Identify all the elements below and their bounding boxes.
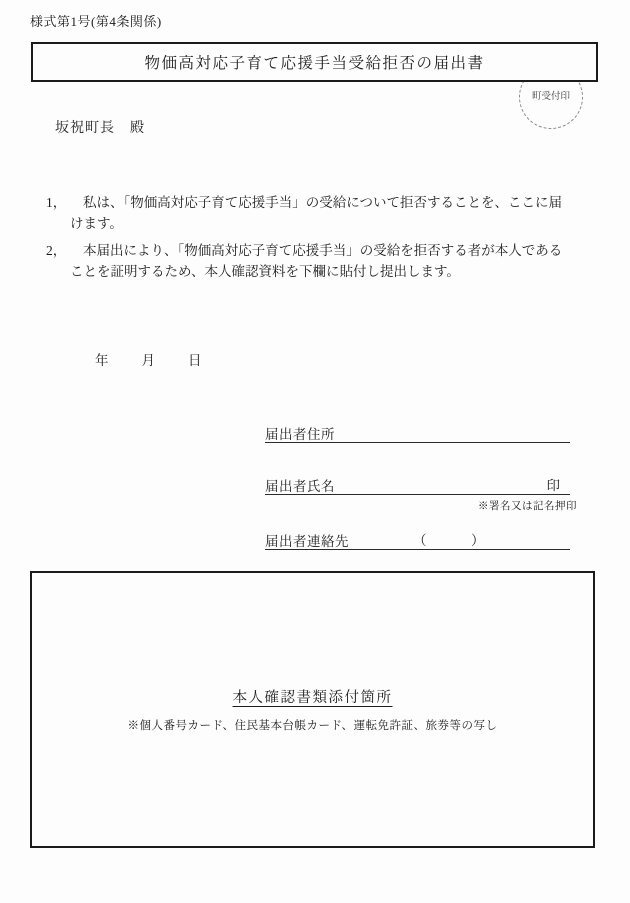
address-label: 届出者住所 xyxy=(265,427,335,442)
body-paragraphs: 1， 私は、「物価高対応子育て応援手当」の受給について拒否することを、ここに届 … xyxy=(46,192,596,288)
paragraph-item-2: 2， 本届出により、「物価高対応子育て応援手当」の受給を拒否する者が本人である … xyxy=(46,240,596,282)
addressee-line: 坂祝町長 殿 xyxy=(55,117,145,137)
paragraph-number: 2， xyxy=(46,240,66,261)
contact-field-row: 届出者連絡先 （ ） xyxy=(265,530,570,550)
paragraph-line: けます。 xyxy=(70,213,596,234)
contact-label: 届出者連絡先 xyxy=(265,534,349,549)
date-line: 年 月 日 xyxy=(95,349,204,369)
contact-parentheses: （ ） xyxy=(413,529,486,549)
attachment-heading: 本人確認書類添付箇所 xyxy=(233,686,393,707)
seal-note: ※署名又は記名押印 xyxy=(265,498,577,513)
attachment-note: ※個人番号カード、住民基本台帳カード、運転免許証、旅券等の写し xyxy=(32,717,593,733)
seal-mark: 印 xyxy=(547,474,561,494)
document-page: 様式第1号(第4条関係) 町受付印 物価高対応子育て応援手当受給拒否の届出書 坂… xyxy=(0,0,630,903)
document-title: 物価高対応子育て応援手当受給拒否の届出書 xyxy=(144,51,484,73)
paragraph-text: 私は、「物価高対応子育て応援手当」の受給について拒否することを、ここに届 けます… xyxy=(70,192,596,234)
paragraph-item-1: 1， 私は、「物価高対応子育て応援手当」の受給について拒否することを、ここに届 … xyxy=(46,192,596,234)
form-number-label: 様式第1号(第4条関係) xyxy=(30,11,162,30)
reception-stamp-label: 町受付印 xyxy=(532,88,570,128)
title-box: 物価高対応子育て応援手当受給拒否の届出書 xyxy=(31,42,598,82)
attachment-box: 本人確認書類添付箇所 ※個人番号カード、住民基本台帳カード、運転免許証、旅券等の… xyxy=(30,571,595,848)
name-field-row: 届出者氏名 印 xyxy=(265,475,570,495)
paragraph-text: 本届出により、「物価高対応子育て応援手当」の受給を拒否する者が本人である ことを… xyxy=(70,240,596,282)
paragraph-line: 私は、「物価高対応子育て応援手当」の受給について拒否することを、ここに届 xyxy=(70,192,596,213)
paragraph-line: 本届出により、「物価高対応子育て応援手当」の受給を拒否する者が本人である xyxy=(70,240,596,261)
paragraph-line: ことを証明するため、本人確認資料を下欄に貼付し提出します。 xyxy=(70,261,596,282)
name-label: 届出者氏名 xyxy=(265,479,335,494)
address-field-row: 届出者住所 xyxy=(265,423,570,443)
paragraph-number: 1， xyxy=(46,192,66,213)
